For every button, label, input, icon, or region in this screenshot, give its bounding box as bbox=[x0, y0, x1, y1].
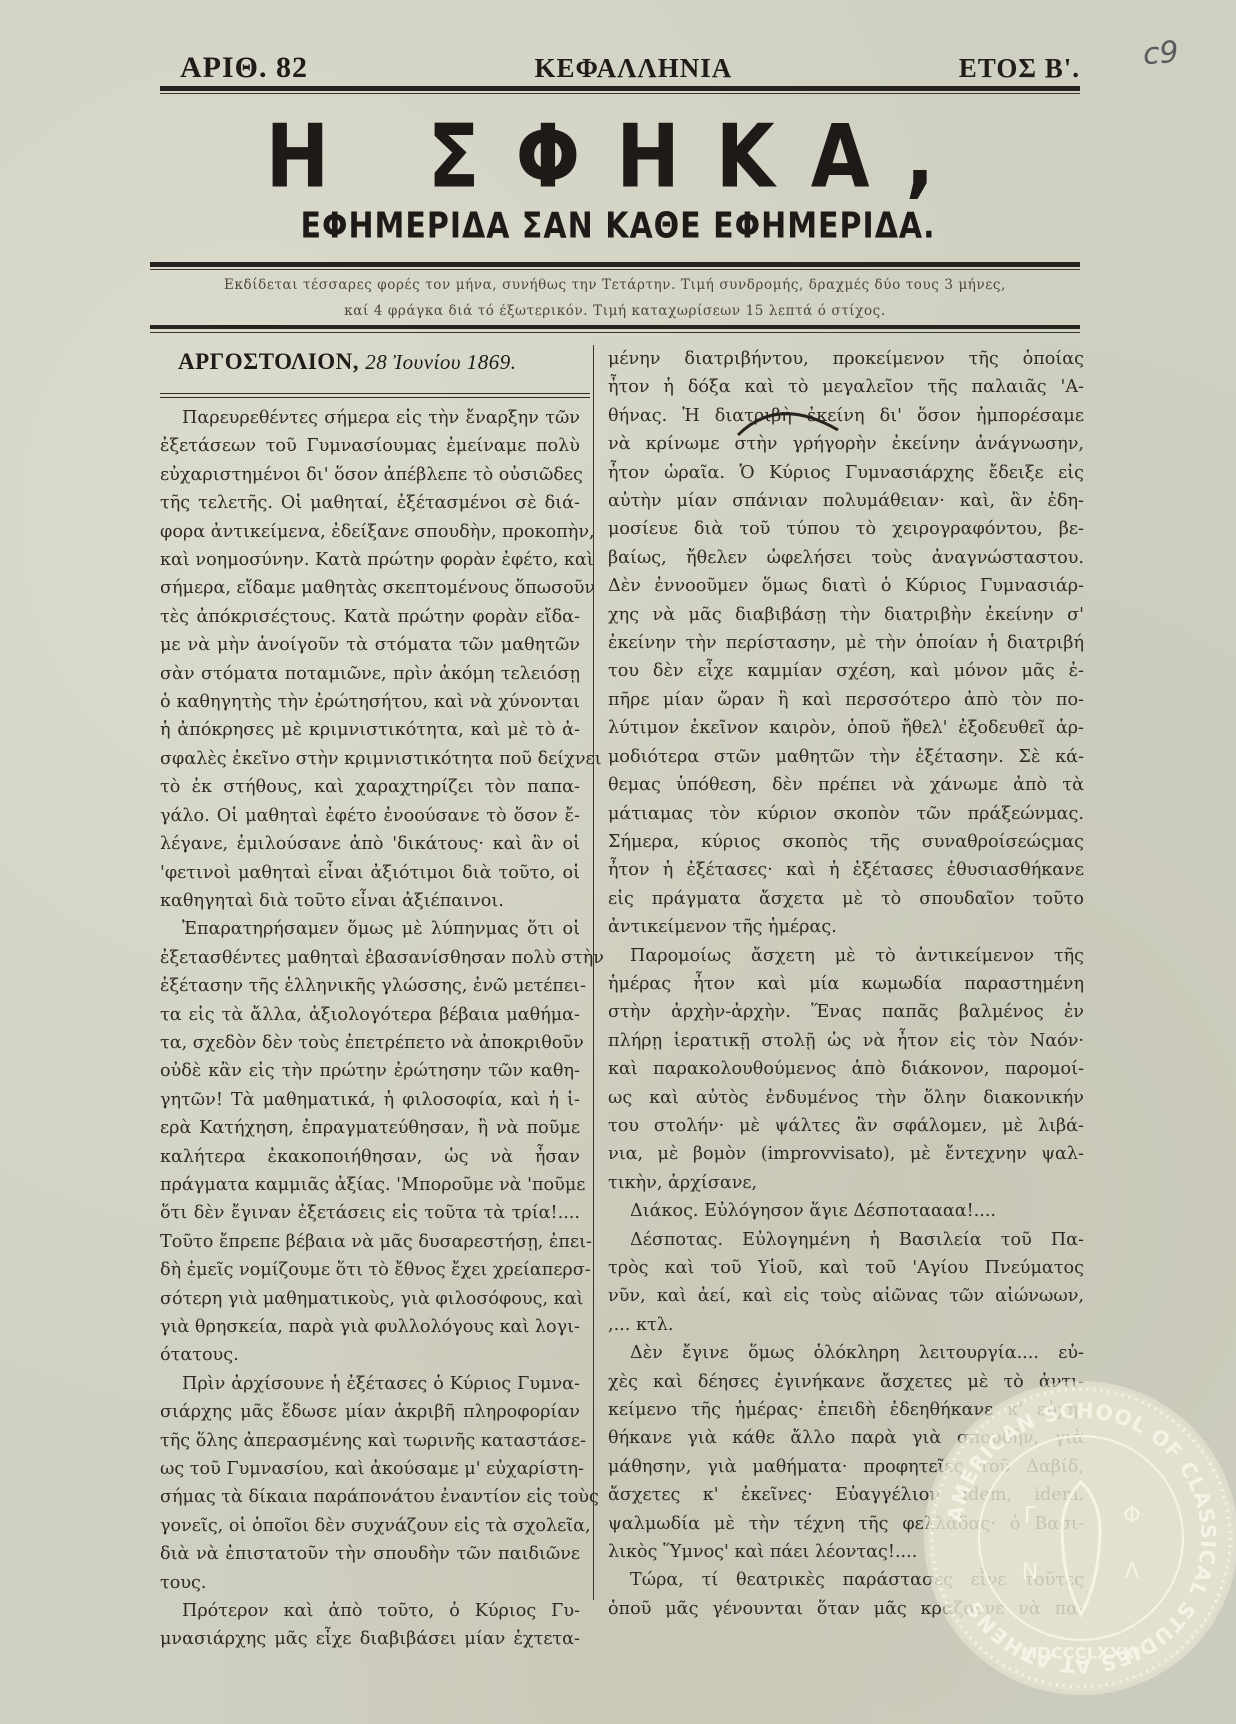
text-line: σότερη γιὰ μαθηματικοὺς, γιὰ φιλοσόφους,… bbox=[160, 1285, 580, 1313]
svg-text:Λ: Λ bbox=[1124, 1559, 1140, 1585]
text-line: ἐκείνην τὴν περίστασην, μὲ τὴν ὁποίαν ἡ … bbox=[608, 629, 1084, 657]
text-line: ερὰ Κατήχηση, ἐπραγματεύθησαν, ἢ νὰ ποῦμ… bbox=[160, 1114, 580, 1142]
text-line: σήμας τὰ δίκαια παράπονάτου ἐναντίον εἰς… bbox=[160, 1483, 580, 1511]
title-rule bbox=[150, 262, 1080, 267]
text-line: καὶ νοημοσύνην. Κατὰ πρώτην φορὰν ἐφέτο,… bbox=[160, 546, 580, 574]
text-line: νῦν, καὶ ἀεί, καὶ εἰς τοὺς αἰῶνας τῶν αἰ… bbox=[608, 1282, 1084, 1310]
text-line: μοδιότερα στῶν μαθητῶν τὴν ἐξέτασην. Σὲ … bbox=[608, 743, 1084, 771]
text-line: Ἐπαρατηρήσαμεν ὅμως μὲ λύπηνμας ὅτι οἱ bbox=[160, 915, 580, 943]
text-line: τα, σχεδὸν δὲν τοὺς ἐπετρέπετο νὰ ἀποκρι… bbox=[160, 1029, 580, 1057]
newspaper-subtitle: ΕΦΗΜΕΡΙΔΑ ΣΑΝ ΚΑΘΕ ΕΦΗΜΕΡΙΔΑ. bbox=[0, 205, 1236, 247]
svg-text:AMERICAN SCHOOL OF CLASSICAL S: AMERICAN SCHOOL OF CLASSICAL STUDIES AT … bbox=[943, 1398, 1221, 1677]
text-line: αὐτὴν μίαν σπάνιαν πολυμάθειαν· καὶ, ἂν … bbox=[608, 487, 1084, 515]
ink-arc-mark bbox=[733, 400, 843, 440]
masthead-rule-thin bbox=[160, 93, 1080, 94]
text-line: του δὲν εἶχε καμμίαν σχέση, καὶ μόνον μᾶ… bbox=[608, 657, 1084, 685]
place-name: ΚΕΦΑΛΛΗΝΙΑ bbox=[535, 53, 733, 84]
year-label: ΕΤΟΣ Β'. bbox=[959, 53, 1080, 84]
text-line: καθηγηταὶ διὰ τοῦτο εἶναι ἀξιέπαινοι. bbox=[160, 887, 580, 915]
text-line: ως τοῦ Γυμνασίου, καὶ ἀκούσαμε μ' εὐχαρί… bbox=[160, 1455, 580, 1483]
text-line: λύτιμον ἐκεῖνον καιρὸν, ὁποῦ ἤθελ' ἐξοδε… bbox=[608, 714, 1084, 742]
notice-rule bbox=[150, 325, 1080, 329]
text-line: 'φετινοὶ μαθηταὶ εἶναι ἀξιότιμοι διὰ τοῦ… bbox=[160, 859, 580, 887]
article-column-left: ΑΡΓΟΣΤΟΛΙΟΝ, 28 Ἰουνίου 1869. Παρευρεθέν… bbox=[160, 345, 580, 1654]
pencil-annotation: c9 bbox=[1142, 35, 1180, 72]
subscription-notice: Εκδίδεται τέσσαρες φορές τον μήνα, συνήθ… bbox=[150, 272, 1080, 324]
text-line: τικὴν, ἀρχίσανε, bbox=[608, 1169, 1084, 1197]
newspaper-title: Η ΣΦΗΚΑ, bbox=[0, 105, 1236, 207]
dateline-place: ΑΡΓΟΣΤΟΛΙΟΝ, bbox=[178, 349, 359, 374]
notice-line: καί 4 φράγκα διά τό έξωτερικόν. Τιμή κατ… bbox=[150, 298, 1080, 324]
text-line: γητῶν! Τὰ μαθηματικά, ἡ φιλοσοφία, καὶ ἡ… bbox=[160, 1086, 580, 1114]
text-line: ,... κτλ. bbox=[608, 1311, 1084, 1339]
text-line: με νὰ μὴν ἀνοίγοῦν τὰ στόματα τῶν μαθητῶ… bbox=[160, 631, 580, 659]
text-line: ἦτον ἡ δόξα καὶ τὸ μεγαλεῖον τῆς παλαιᾶς… bbox=[608, 373, 1084, 401]
dateline-date: 28 Ἰουνίου 1869. bbox=[365, 350, 516, 374]
text-line: ἐξέτασην τῆς ἑλληνικῆς γλώσσης, ἐνῶ μετέ… bbox=[160, 972, 580, 1000]
text-line: νια, μὲ βομὸν (improvvisato), μὲ ἔντεχνη… bbox=[608, 1140, 1084, 1168]
text-line: πλήρῃ ἱερατικῇ στολῇ ὡς νὰ ἦτον εἰς τὸν … bbox=[608, 1027, 1084, 1055]
text-line: ἡ ἀπόκρησες μὲ κριμνιστικότητα, καὶ μὲ τ… bbox=[160, 716, 580, 744]
text-line: του στολήν· μὲ ψάλτες ἂν σφάλομεν, μὲ λι… bbox=[608, 1112, 1084, 1140]
text-line: τα εἰς τὰ ἄλλα, ἀξιολογότερα βέβαια μαθή… bbox=[160, 1001, 580, 1029]
text-line: καὶ παρακολουθούμενος ἀπὸ διάκονον, παρο… bbox=[608, 1055, 1084, 1083]
text-line: Τοῦτο ἔπρεπε βέβαια νὰ μᾶς δυσαρεστήσῃ, … bbox=[160, 1228, 580, 1256]
text-line: Δὲν ἔγινε ὅμως ὁλόκληρη λειτουργία.... ε… bbox=[608, 1339, 1084, 1367]
text-line: ὁ καθηγητὴς τὴν ἐρώτησήτου, καὶ νὰ χύνον… bbox=[160, 688, 580, 716]
svg-text:MDCCCLXXXI: MDCCCLXXXI bbox=[1021, 1643, 1141, 1662]
dateline-rule bbox=[160, 393, 590, 398]
text-line: ἐξετασθέντες μαθηταὶ ἐβασανίσθησαν πολὺ … bbox=[160, 944, 580, 972]
newspaper-page: ΑΡΙΘ. 82 ΚΕΦΑΛΛΗΝΙΑ ΕΤΟΣ Β'. c9 Η ΣΦΗΚΑ,… bbox=[0, 0, 1236, 1724]
text-line: γονεῖς, οἱ ὁποῖοι δὲν συχνάζουν εἰς τὰ σ… bbox=[160, 1512, 580, 1540]
text-line: σφαλὲς ἐκεῖνο στὴν κριμνιστικότητα ποῦ δ… bbox=[160, 745, 580, 773]
text-line: στὴν ἀρχὴν-ἀρχὴν. Ἕνας παπᾶς βαλμένος ἐν bbox=[608, 998, 1084, 1026]
text-line: Σήμερα, κύριος σκοπὸς τῆς συναθροίσεώςμα… bbox=[608, 828, 1084, 856]
text-line: τῆς ὅλης ἀπερασμένης καὶ τωρινῆς καταστά… bbox=[160, 1427, 580, 1455]
text-line: ως καὶ αὐτὸς ἐνδυμένος τὴν ὅλην διακονικ… bbox=[608, 1084, 1084, 1112]
text-line: οὐδὲ κἂν εἰς τὴν πρώτην ἐρώτησην τῶν καθ… bbox=[160, 1057, 580, 1085]
text-line: πράγματα καμμιᾶς ἀξίας. 'Μποροῦμε νὰ 'πο… bbox=[160, 1171, 580, 1199]
text-line: γάλο. Οἱ μαθηταὶ ἐφέτο ἐνοούσανε τὸ ὅσον… bbox=[160, 802, 580, 830]
notice-line: Εκδίδεται τέσσαρες φορές τον μήνα, συνήθ… bbox=[150, 272, 1080, 298]
left-column-text: Παρευρεθέντες σήμερα εἰς τὴν ἔναρξην τῶν… bbox=[160, 404, 580, 1654]
svg-text:Φ: Φ bbox=[1123, 1503, 1141, 1529]
text-line: διὰ νὰ ἐπιστατοῦν τὴν σπουδὴν τῶν παιδιῶ… bbox=[160, 1540, 580, 1568]
text-line: τους. bbox=[160, 1569, 580, 1597]
text-line: Παρομοίως ἄσχετη μὲ τὸ ἀντικείμενον τῆς bbox=[608, 942, 1084, 970]
stamp-seal-icon: AMERICAN SCHOOL OF CLASSICAL STUDIES AT … bbox=[928, 1385, 1234, 1691]
text-line: γιὰ θρησκεία, παρὰ γιὰ φυλλολόγους καὶ λ… bbox=[160, 1313, 580, 1341]
title-rule-thin bbox=[150, 269, 1080, 270]
text-line: τῆς τελετῆς. Οἱ μαθηταί, ἐξέτασμένοι σὲ … bbox=[160, 489, 580, 517]
dateline: ΑΡΓΟΣΤΟΛΙΟΝ, 28 Ἰουνίου 1869. bbox=[160, 345, 580, 379]
text-line: Δέσποτας. Εὐλογημένη ἡ Βασιλεία τοῦ Πα- bbox=[608, 1226, 1084, 1254]
text-line: ἦτον ἡ ἐξέτασες· καὶ ἡ ἐξέτασες ἐθυσιασθ… bbox=[608, 856, 1084, 884]
text-line: σὰν στόματα ποταμιῶνε, πρὶν ἀκόμη τελειό… bbox=[160, 660, 580, 688]
issue-number: ΑΡΙΘ. 82 bbox=[180, 51, 308, 85]
notice-rule-thin bbox=[150, 332, 1080, 333]
text-line: φορα ἀντικείμενα, ἐδείξανε σπουδὴν, προκ… bbox=[160, 518, 580, 546]
text-line: εἰς πράγματα ἄσχετα μὲ τὸ σπουδαῖον τοῦτ… bbox=[608, 885, 1084, 913]
text-line: Πρότερον καὶ ἀπὸ τοῦτο, ὁ Κύριος Γυ- bbox=[160, 1597, 580, 1625]
text-line: νὰ κρίνωμε στὴν γρήγορὴν ἐκείνην ἀνάγνωσ… bbox=[608, 430, 1084, 458]
text-line: βαίως, ἤθελεν ὠφελήσει τοὺς ἀναγνώσταστο… bbox=[608, 544, 1084, 572]
text-line: Δὲν ἐννοοῦμεν ὅμως διατὶ ὁ Κύριος Γυμνασ… bbox=[608, 572, 1084, 600]
text-line: θήνας. Ἡ διατριβὴ ἐκείνη δι' ὅσον ἠμπορέ… bbox=[608, 402, 1084, 430]
text-line: χης νὰ μᾶς διαβιβάσῃ τὴν διατριβὴν ἐκείν… bbox=[608, 601, 1084, 629]
text-line: μένην διατριβήντου, προκείμενον τῆς ὁποί… bbox=[608, 345, 1084, 373]
text-line: τρὸς καὶ τοῦ Υἱοῦ, καὶ τοῦ 'Αγίου Πνεύμα… bbox=[608, 1254, 1084, 1282]
text-line: θεμας ὑπόθεση, δὲν πρέπει νὰ χάνωμε ἀπὸ … bbox=[608, 771, 1084, 799]
text-line: ὅτι δὲν ἔγιναν ἐξετάσεις εἰς τοῦτα τὰ τρ… bbox=[160, 1199, 580, 1227]
text-line: ἦτον ὡραῖα. Ὁ Κύριος Γυμνασιάρχης ἔδειξε… bbox=[608, 459, 1084, 487]
text-line: τὲς ἀπόκρισέςτους. Κατὰ πρώτην φορὰν εἴδ… bbox=[160, 603, 580, 631]
text-line: Πρὶν ἀρχίσουνε ἡ ἐξέτασες ὁ Κύριος Γυμνα… bbox=[160, 1370, 580, 1398]
text-line: μνασιάρχης μᾶς εἶχε διαβιβάσει μίαν ἐχτε… bbox=[160, 1625, 580, 1653]
text-line: Διάκος. Εὐλόγησον ἅγιε Δέσποταααα!.... bbox=[608, 1197, 1084, 1225]
text-line: καλήτερα ἐκακοποιήθησαν, ὡς νὰ ἦσαν bbox=[160, 1143, 580, 1171]
text-line: εὐχαριστημένοι δι' ὅσον ἀπέβλεπε τὸ οὐσι… bbox=[160, 461, 580, 489]
library-stamp: AMERICAN SCHOOL OF CLASSICAL STUDIES AT … bbox=[928, 1385, 1234, 1691]
text-line: μάτιαμας τὸν κύριον σκοπὸν τῶν πράξεώνμα… bbox=[608, 800, 1084, 828]
text-line: τὸ ἐκ στήθους, καὶ χαραχτηρίζει τὸν παπα… bbox=[160, 773, 580, 801]
svg-text:Γ: Γ bbox=[1024, 1503, 1037, 1529]
text-line: λέγανε, ἐμιλούσανε ἀπὸ 'δικάτους· καὶ ἂν… bbox=[160, 830, 580, 858]
text-line: δὴ ἐμεῖς νομίζουμε ὅτι τὸ ἔθνος ἔχει χρε… bbox=[160, 1256, 580, 1284]
text-line: ότατους. bbox=[160, 1341, 580, 1369]
masthead-top-line: ΑΡΙΘ. 82 ΚΕΦΑΛΛΗΝΙΑ ΕΤΟΣ Β'. bbox=[180, 48, 1080, 88]
text-line: ἡμέρας ἦτον καὶ μία κωμωδία παραστημένη bbox=[608, 970, 1084, 998]
text-line: Παρευρεθέντες σήμερα εἰς τὴν ἔναρξην τῶν bbox=[160, 404, 580, 432]
masthead-rule bbox=[160, 86, 1080, 91]
text-line: ἐξετάσεων τοῦ Γυμνασίουμας ἐμείναμε πολὺ bbox=[160, 432, 580, 460]
text-line: σήμερα, εἴδαμε μαθητὰς σκεπτομένους ὅπωσ… bbox=[160, 574, 580, 602]
text-line: μοσίευε διὰ τοῦ τύπου τὸ χειρογραφόντου,… bbox=[608, 515, 1084, 543]
text-line: πῆρε μίαν ὥραν ἢ καὶ περσσότερο ἀπὸ τὸν … bbox=[608, 686, 1084, 714]
text-line: ἀντικείμενον τῆς ἡμέρας. bbox=[608, 913, 1084, 941]
text-line: σιάρχης μᾶς ἔδωσε μίαν ἀκριβῆ πληροφορία… bbox=[160, 1398, 580, 1426]
svg-text:Ν: Ν bbox=[1022, 1559, 1039, 1585]
